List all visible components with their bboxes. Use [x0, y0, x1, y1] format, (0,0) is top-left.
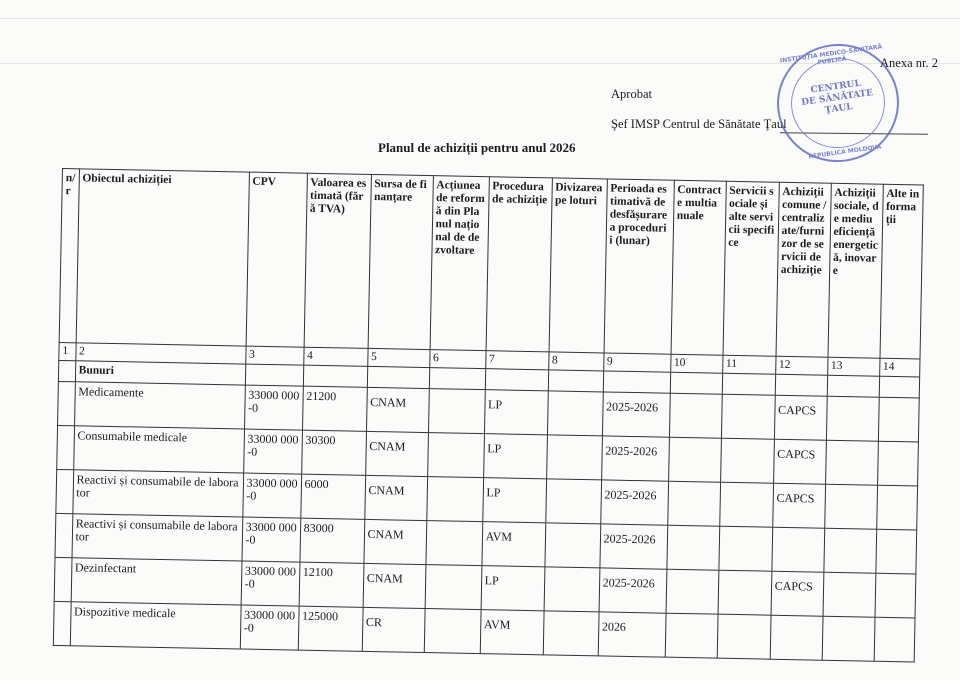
cell-period: 2025-2026: [602, 392, 670, 437]
cell-procedure: LP: [483, 434, 547, 479]
column-number: 10: [670, 354, 722, 373]
cell-nr: [58, 381, 75, 425]
cell-period: 2025-2026: [601, 436, 669, 481]
cell-lots: [547, 391, 603, 436]
cell-green: [826, 396, 879, 441]
cell-nr: [56, 469, 73, 513]
cell-other: [877, 441, 918, 486]
cell-lots: [543, 611, 599, 656]
cell-joint: CAPCS: [773, 439, 826, 484]
cell-reform: [426, 477, 483, 522]
cell: [670, 372, 722, 394]
cell-other: [875, 529, 916, 574]
cell-multiannual: [667, 481, 720, 526]
column-number: 14: [879, 358, 919, 377]
cell-source: CR: [362, 607, 425, 652]
annex-label: Anexa nr. 2: [880, 56, 938, 71]
cell-other: [876, 485, 917, 530]
cell: [303, 365, 367, 387]
cell: [429, 368, 485, 390]
cell: [775, 374, 827, 396]
column-number: 9: [603, 353, 670, 372]
cell-period: 2025-2026: [600, 480, 668, 525]
cell-reform: [427, 433, 484, 478]
cell-green: [825, 440, 878, 485]
cell-value: 21200: [302, 386, 367, 431]
cell: [827, 375, 879, 397]
cell-cpv: 33000 000-0: [243, 429, 302, 474]
cell-object: Consumabile medicale: [73, 426, 244, 473]
column-number: 1: [59, 342, 76, 360]
header-col-object: Obiectul achiziției: [76, 169, 249, 346]
cell-source: CNAM: [366, 387, 429, 432]
cell-lots: [545, 479, 601, 524]
cell-green: [824, 484, 877, 529]
cell-lots: [546, 435, 602, 480]
cell-social: [718, 570, 772, 615]
header-col-source: Sursa de finanțare: [368, 174, 433, 349]
cell: [367, 366, 429, 388]
cell-value: 125000: [298, 606, 363, 651]
cell-lots: [545, 523, 601, 568]
cell-period: 2025-2026: [600, 524, 668, 569]
cell-multiannual: [666, 569, 719, 614]
cell-value: 83000: [300, 518, 365, 563]
cell-joint: CAPCS: [774, 395, 827, 440]
cell-other: [874, 617, 915, 662]
cell-object: Reactivi și consumabile de laborator: [72, 514, 243, 561]
cell-multiannual: [665, 613, 718, 658]
cell-social: [721, 394, 775, 439]
header-col-joint: Achiziții comune /centralizate/furnizor …: [776, 182, 831, 357]
cell: [879, 376, 919, 398]
cell: [485, 369, 548, 391]
cell-joint: CAPCS: [772, 483, 825, 528]
cell-procedure: LP: [482, 478, 546, 523]
scan-artifact: [0, 18, 960, 19]
cell-object: Reactivi și consumabile de laborator: [72, 470, 243, 517]
scanned-page: Aprobat Şef IMSP Centrul de Sănătate Ţau…: [0, 0, 960, 680]
procurement-plan-table: n/ rObiectul achizițieiCPVValoarea estim…: [53, 168, 924, 662]
cell-procedure: AVM: [482, 522, 546, 567]
cell-cpv: 33000 000-0: [240, 605, 299, 650]
column-number: 7: [485, 351, 548, 370]
cell-other: [875, 573, 916, 618]
cell-nr: [54, 557, 71, 601]
cell-multiannual: [667, 525, 720, 570]
cell-cpv: 33000 000-0: [241, 561, 300, 606]
cell-nr: [55, 513, 72, 557]
cell-green: [823, 572, 876, 617]
cell-joint: CAPCS: [771, 571, 824, 616]
cell-procedure: LP: [484, 390, 548, 435]
document-title: Planul de achiziții pentru anul 2026: [378, 140, 576, 156]
procurement-table-wrapper: n/ rObiectul achizițieiCPVValoarea estim…: [53, 168, 924, 662]
cell-source: CNAM: [364, 519, 427, 564]
cell-social: [717, 614, 771, 659]
cell-procedure: AVM: [480, 610, 544, 655]
cell-green: [823, 528, 876, 573]
cell-object: Dezinfectant: [71, 558, 242, 605]
cell-multiannual: [669, 393, 722, 438]
cell-cpv: 33000 000-0: [242, 517, 301, 562]
cell-nr: [53, 601, 70, 645]
header-col-green: Achiziții sociale, de mediu eficiență en…: [828, 183, 883, 358]
column-number: 6: [429, 350, 485, 369]
column-number: 3: [245, 346, 303, 365]
cell-green: [822, 616, 875, 661]
cell-reform: [428, 389, 485, 434]
cell-other: [878, 397, 919, 442]
cell-value: 30300: [301, 430, 366, 475]
cell-source: CNAM: [364, 475, 427, 520]
cell: [548, 370, 603, 392]
cell-multiannual: [668, 437, 721, 482]
cell-cpv: 33000 000-0: [242, 473, 301, 518]
column-number: 12: [775, 356, 827, 375]
cell-object: Dispozitive medicale: [70, 602, 241, 649]
header-col-lots: Divizarea pe loturi: [549, 178, 607, 353]
cell-social: [719, 482, 773, 527]
cell-lots: [544, 567, 600, 612]
header-col-multiannual: Contracte multianuale: [671, 180, 726, 355]
cell-reform: [426, 521, 483, 566]
cell-cpv: 33000 000-0: [244, 385, 303, 430]
cell-procedure: LP: [481, 566, 545, 611]
cell: [722, 373, 775, 395]
header-col-cpv: CPV: [246, 172, 307, 347]
approval-label: Aprobat: [611, 87, 652, 102]
header-col-social: Servicii sociale și alte servicii specif…: [723, 181, 779, 356]
cell-nr: [57, 425, 74, 469]
cell: [58, 360, 75, 381]
header-col-reform: Acțiunea de reformă din Planul național …: [430, 176, 489, 351]
cell-joint: [770, 615, 823, 660]
cell-social: [720, 438, 774, 483]
column-number: 13: [827, 357, 879, 376]
header-col-procedure: Procedura de achiziție: [486, 177, 552, 352]
table-header-row: n/ rObiectul achizițieiCPVValoarea estim…: [59, 169, 923, 359]
header-col-other: Alte informații: [880, 184, 923, 359]
cell: [603, 371, 670, 393]
cell-object: Medicamente: [74, 382, 245, 429]
cell-value: 12100: [299, 562, 364, 607]
column-number: 11: [722, 355, 775, 374]
cell-reform: [424, 609, 481, 654]
cell-reform: [425, 565, 482, 610]
header-col-value: Valoarea estimată (fără TVA): [304, 173, 371, 348]
cell-period: 2026: [598, 612, 666, 657]
cell-source: CNAM: [363, 563, 426, 608]
cell-source: CNAM: [365, 431, 428, 476]
cell-joint: [771, 527, 824, 572]
cell: [245, 364, 303, 386]
header-col-period: Perioada estimativă de desfășurare a pro…: [604, 179, 674, 354]
column-number: 5: [367, 348, 429, 367]
column-number: 8: [548, 352, 603, 371]
approver-title: Şef IMSP Centrul de Sănătate Ţaul: [611, 117, 787, 132]
cell-value: 6000: [300, 474, 365, 519]
cell-period: 2025-2026: [599, 568, 667, 613]
cell-social: [718, 526, 772, 571]
column-number: 4: [303, 347, 367, 366]
